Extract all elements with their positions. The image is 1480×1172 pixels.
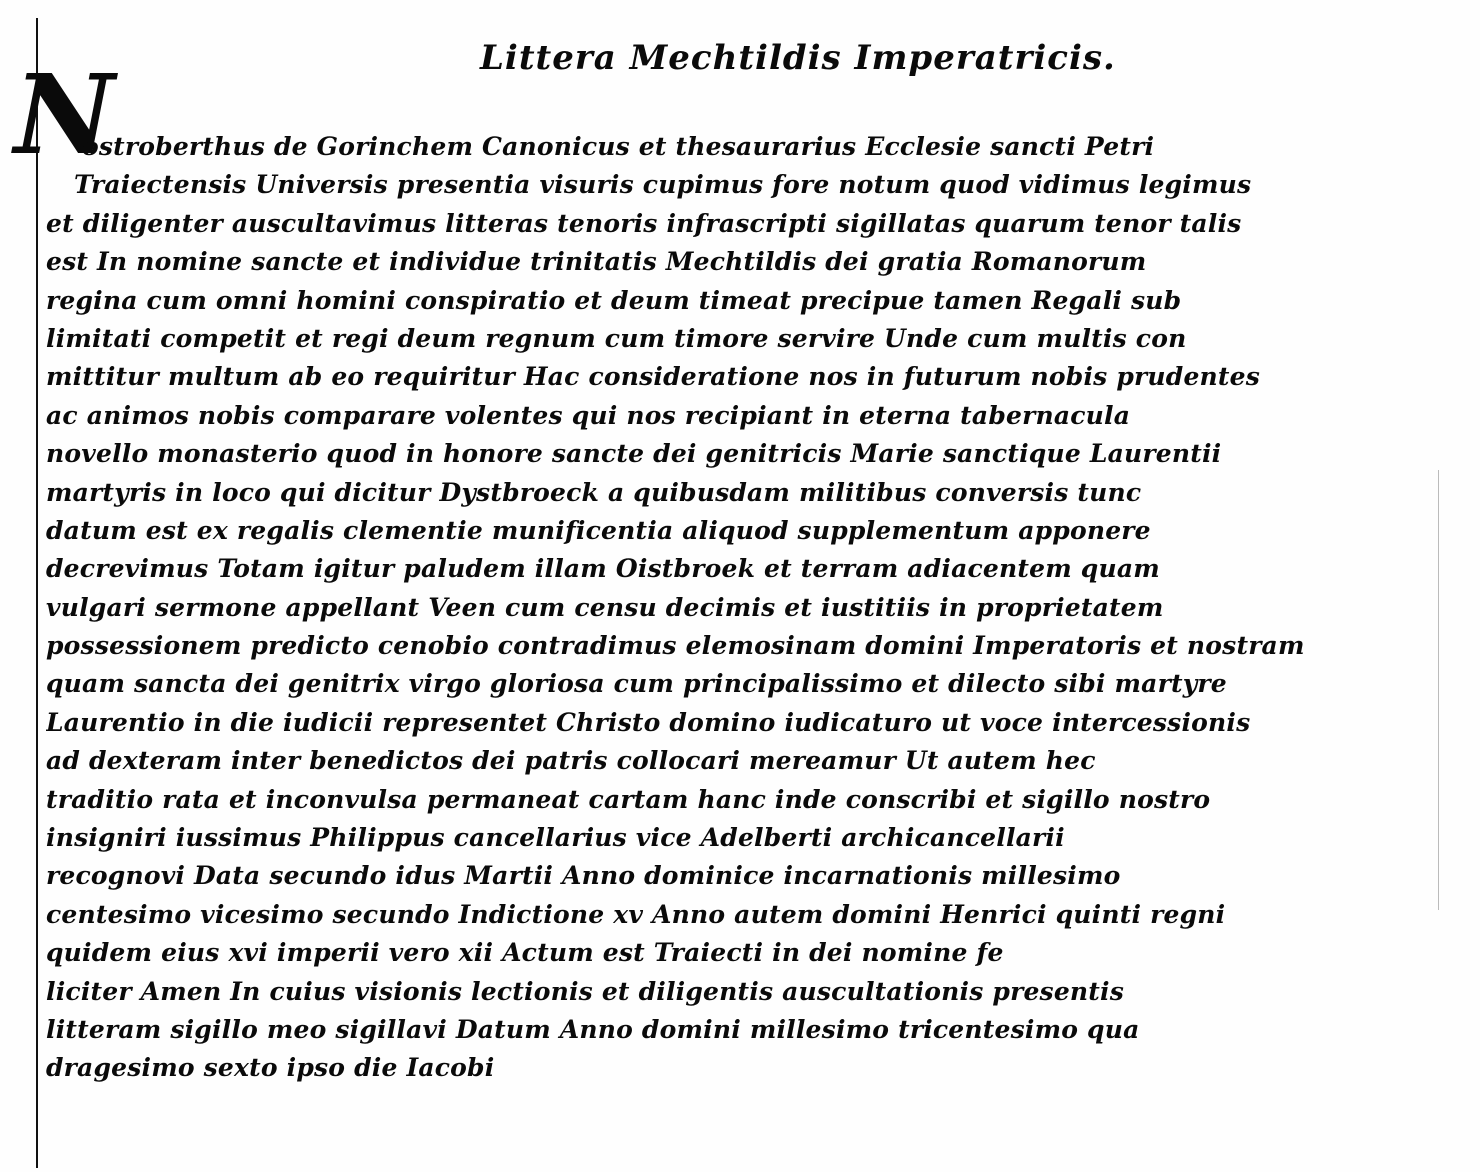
text-line: quidem eius xvi imperii vero xii Actum e… (46, 934, 1436, 972)
text-line: litteram sigillo meo sigillavi Datum Ann… (46, 1011, 1436, 1049)
text-line: est In nomine sancte et individue trinit… (46, 243, 1436, 281)
text-line: decrevimus Totam igitur paludem illam Oi… (46, 550, 1436, 588)
text-line: centesimo vicesimo secundo Indictione xv… (46, 896, 1436, 934)
text-line: traditio rata et inconvulsa permaneat ca… (46, 781, 1436, 819)
text-line: dragesimo sexto ipso die Iacobi (46, 1049, 1436, 1087)
text-line: liciter Amen In cuius visionis lectionis… (46, 973, 1436, 1011)
text-line: novello monasterio quod in honore sancte… (46, 435, 1436, 473)
text-line: possessionem predicto cenobio contradimu… (46, 627, 1436, 665)
manuscript-text-block: ostroberthus de Gorinchem Canonicus et t… (46, 128, 1436, 1088)
text-line: limitati competit et regi deum regnum cu… (46, 320, 1436, 358)
text-line: regina cum omni homini conspiratio et de… (46, 282, 1436, 320)
text-line: et diligenter auscultavimus litteras ten… (46, 205, 1436, 243)
right-margin-rule (1438, 470, 1439, 910)
text-line: vulgari sermone appellant Veen cum censu… (46, 589, 1436, 627)
text-line: quam sancta dei genitrix virgo gloriosa … (46, 665, 1436, 703)
text-line: mittitur multum ab eo requiritur Hac con… (46, 358, 1436, 396)
text-line: ad dexteram inter benedictos dei patris … (46, 742, 1436, 780)
text-line: ostroberthus de Gorinchem Canonicus et t… (46, 128, 1436, 166)
manuscript-page: Littera Mechtildis Imperatricis. N ostro… (0, 0, 1480, 1172)
text-line: Traiectensis Universis presentia visuris… (46, 166, 1436, 204)
text-line: Laurentio in die iudicii representet Chr… (46, 704, 1436, 742)
text-line: ac animos nobis comparare volentes qui n… (46, 397, 1436, 435)
text-line: recognovi Data secundo idus Martii Anno … (46, 857, 1436, 895)
text-line: martyris in loco qui dicitur Dystbroeck … (46, 474, 1436, 512)
text-line: insigniri iussimus Philippus cancellariu… (46, 819, 1436, 857)
document-title: Littera Mechtildis Imperatricis. (480, 38, 1120, 78)
left-margin-rule (36, 18, 38, 1168)
text-line: datum est ex regalis clementie munificen… (46, 512, 1436, 550)
